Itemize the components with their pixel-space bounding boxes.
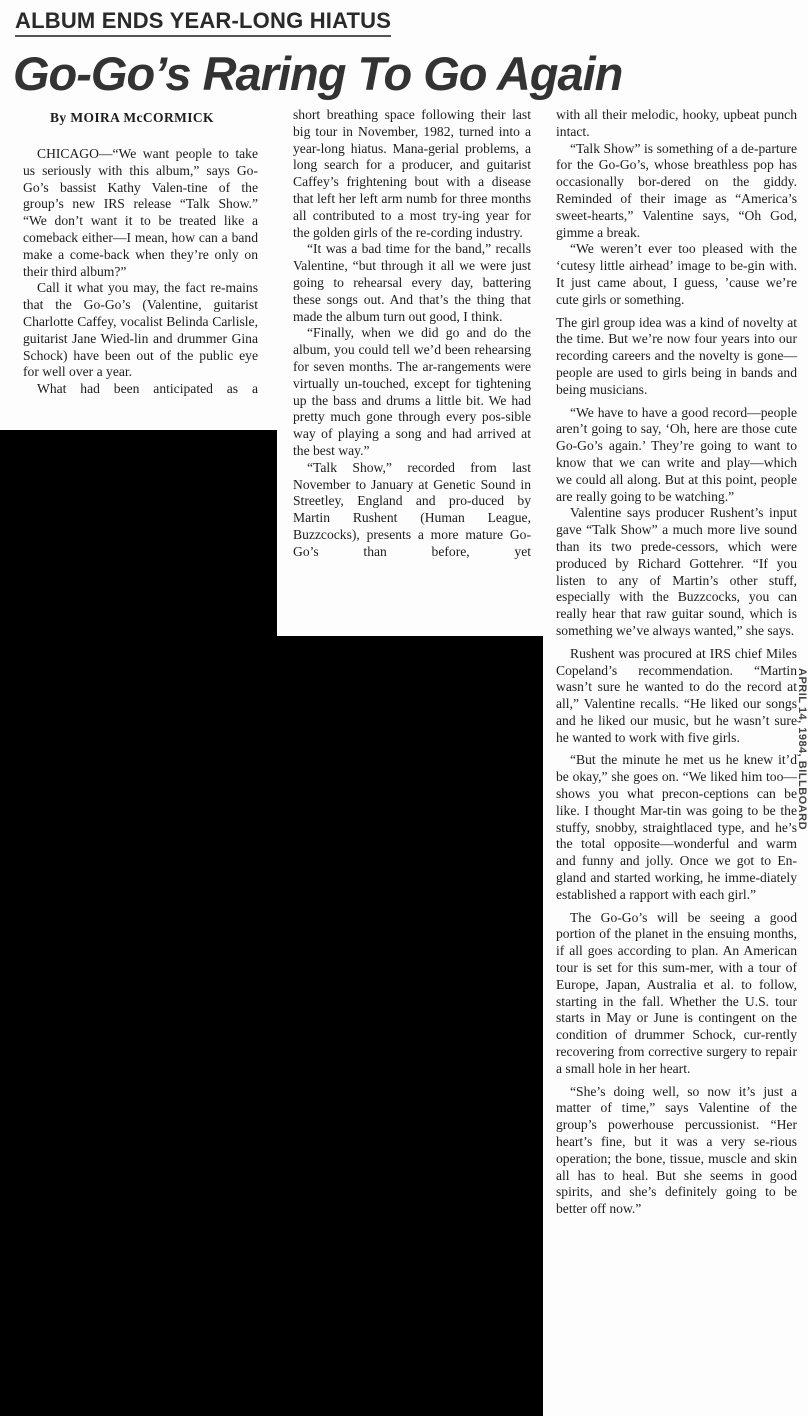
- paragraph: “Talk Show,” recorded from last November…: [293, 460, 531, 561]
- paragraph: “She’s doing well, so now it’s just a ma…: [556, 1084, 797, 1218]
- paragraph: CHICAGO—“We want people to take us serio…: [23, 146, 258, 280]
- redacted-region: [0, 430, 277, 640]
- article-column-1: CHICAGO—“We want people to take us serio…: [23, 146, 258, 398]
- redacted-region: [0, 636, 543, 1416]
- paragraph: “Talk Show” is something of a de-parture…: [556, 141, 797, 242]
- paragraph: “It was a bad time for the band,” recall…: [293, 241, 531, 325]
- paragraph: “We have to have a good record—people ar…: [556, 405, 797, 506]
- paragraph: short breathing space following their la…: [293, 107, 531, 241]
- byline: By MOIRA McCORMICK: [50, 110, 214, 126]
- article-headline: Go-Go’s Raring To Go Again: [13, 46, 622, 102]
- paragraph: Valentine says producer Rushent’s input …: [556, 505, 797, 639]
- paragraph: “We weren’t ever too pleased with the ‘c…: [556, 241, 797, 308]
- paragraph: with all their melodic, hooky, upbeat pu…: [556, 107, 797, 141]
- paragraph: The Go-Go’s will be seeing a good portio…: [556, 910, 797, 1078]
- dateline-text: APRIL 14, 1984, BILLBOARD: [796, 668, 808, 830]
- vertical-dateline: APRIL 14, 1984, BILLBOARD: [798, 668, 808, 908]
- paragraph: Call it what you may, the fact re-mains …: [23, 280, 258, 381]
- paragraph: “Finally, when we did go and do the albu…: [293, 325, 531, 459]
- paragraph: Rushent was procured at IRS chief Miles …: [556, 646, 797, 747]
- paragraph: What had been anticipated as a: [23, 381, 258, 398]
- article-column-3: with all their melodic, hooky, upbeat pu…: [556, 107, 797, 1218]
- article-kicker: ALBUM ENDS YEAR-LONG HIATUS: [15, 8, 391, 37]
- article-column-2: short breathing space following their la…: [293, 107, 531, 561]
- paragraph: The girl group idea was a kind of novelt…: [556, 315, 797, 399]
- paragraph: “But the minute he met us he knew it’d b…: [556, 752, 797, 903]
